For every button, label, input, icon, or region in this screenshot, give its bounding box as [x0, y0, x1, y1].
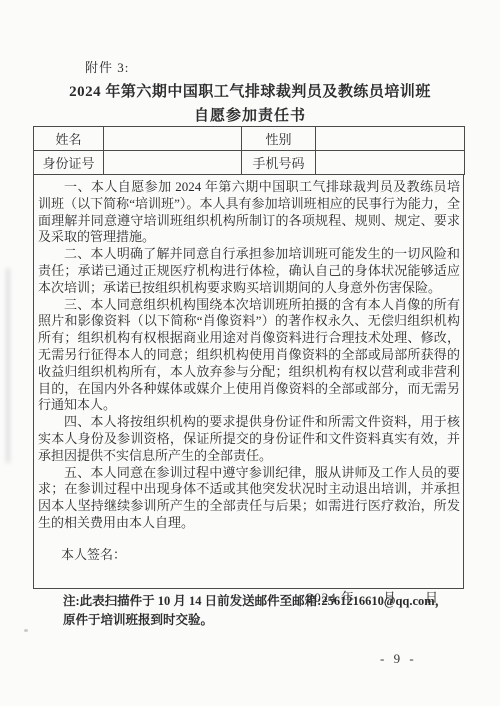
- terms-paragraph-2: 二、本人明确了解并同意自行承担参加培训班可能发生的一切风险和责任；承诺已通过正规…: [34, 246, 463, 296]
- footnote-line-2: 原件于培训班报到时交验。: [63, 611, 448, 630]
- terms-paragraph-1: 一、本人自愿参加 2024 年第六期中国职工气排球裁判员及教练员培训班（以下简称…: [34, 175, 463, 246]
- scan-artifact: [24, 629, 28, 632]
- footnote: 注:此表扫描件于 10 月 14 日前发送邮件至邮箱:2561216610@qq…: [63, 592, 448, 630]
- signature-label: 本人签名：: [61, 544, 463, 563]
- terms-paragraph-4: 四、本人将按组织机构的要求提供身份证件和所需文件资料，用于核实本人身份及参训资格…: [34, 414, 463, 464]
- terms-paragraph-3: 三、本人同意组织机构围绕本次培训班所拍摄的含有本人肖像的所有照片和影像资料（以下…: [34, 297, 463, 415]
- page-number: - 9 -: [380, 651, 417, 667]
- gender-value-cell: [316, 127, 465, 151]
- personal-info-table: 姓名 性别 身份证号 手机号码: [33, 126, 465, 175]
- document-title: 2024 年第六期中国职工气排球裁判员及教练员培训班: [0, 80, 500, 101]
- phone-label-cell: 手机号码: [242, 151, 316, 175]
- id-number-label-cell: 身份证号: [34, 151, 104, 175]
- table-row: 身份证号 手机号码: [34, 151, 465, 175]
- name-value-cell: [104, 127, 242, 151]
- document-page: 附件 3: 2024 年第六期中国职工气排球裁判员及教练员培训班 自愿参加责任书…: [0, 0, 500, 706]
- attachment-label: 附件 3:: [85, 57, 129, 76]
- scan-artifact: [6, 268, 10, 463]
- table-row: 姓名 性别: [34, 127, 465, 151]
- footnote-line-1: 注:此表扫描件于 10 月 14 日前发送邮件至邮箱:2561216610@qq…: [63, 592, 448, 611]
- terms-paragraph-5: 五、本人同意在参训过程中遵守参训纪律，服从讲师及工作人员的要求；在参训过程中出现…: [34, 465, 463, 532]
- phone-value-cell: [316, 151, 465, 175]
- terms-box: 一、本人自愿参加 2024 年第六期中国职工气排球裁判员及教练员培训班（以下简称…: [33, 175, 464, 589]
- gender-label-cell: 性别: [242, 127, 316, 151]
- id-number-value-cell: [104, 151, 242, 175]
- document-subtitle: 自愿参加责任书: [0, 104, 500, 125]
- name-label-cell: 姓名: [34, 127, 104, 151]
